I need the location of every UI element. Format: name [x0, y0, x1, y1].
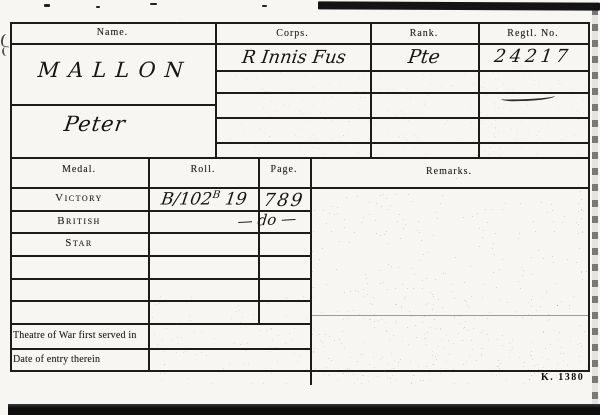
- scan-band-bottom: [8, 404, 600, 415]
- grid-line-row: [10, 232, 310, 234]
- handwritten-flourish-mark: [501, 93, 555, 102]
- roll-superscript: B: [212, 189, 221, 201]
- grid-line-row: [10, 323, 310, 325]
- regtl-no-column-header: Regtl. No.: [478, 28, 588, 39]
- medal-column-header: Medal.: [10, 164, 148, 175]
- theatre-of-war-label: Theatre of War first served in: [13, 330, 147, 341]
- rank-column-header: Rank.: [370, 28, 478, 39]
- roll-suffix: 19: [224, 190, 248, 210]
- grid-line-name-row: [10, 104, 215, 106]
- grid-line-card-bottom: [10, 370, 590, 372]
- scan-fleck: [44, 4, 50, 7]
- scan-edge-right: [592, 8, 598, 404]
- victory-roll-handwritten: B/102B 19: [149, 189, 260, 210]
- corps-column-header: Corps.: [215, 28, 370, 39]
- british-medal-label: British: [10, 215, 148, 227]
- grid-line-card-right: [588, 22, 590, 370]
- remarks-column-header: Remarks.: [310, 166, 588, 177]
- form-number-stamp: K. 1380: [541, 372, 584, 383]
- roll-prefix: B/102: [160, 190, 213, 210]
- scan-band-top-right: [318, 1, 600, 10]
- grid-line-medal-roll-divider: [148, 157, 150, 370]
- medal-index-card-scan: Name. Corps. Rank. Regtl. No. Medal. Rol…: [0, 0, 600, 415]
- name-column-header: Name.: [10, 27, 215, 38]
- grid-line-header-underline: [10, 43, 590, 45]
- grid-line-row: [215, 70, 590, 72]
- grid-line-roll-page-divider: [258, 157, 260, 323]
- grid-line-rank-regtl-divider: [478, 22, 480, 158]
- roll-column-header: Roll.: [148, 164, 258, 175]
- scan-fleck: [262, 5, 267, 7]
- grid-line-row: [10, 255, 310, 257]
- grid-line-row: [10, 348, 310, 350]
- grid-line-row: [215, 142, 590, 144]
- forename-handwritten: Peter: [28, 112, 161, 136]
- grid-line-name-corps-divider: [215, 22, 217, 158]
- victory-page-handwritten: 789: [257, 190, 312, 211]
- page-column-header: Page.: [258, 164, 310, 175]
- surname-handwritten: MALLON: [29, 58, 201, 82]
- grid-line-row: [10, 300, 310, 302]
- grid-line-card-top: [10, 22, 590, 24]
- grid-line-medal-header-underline: [10, 187, 590, 189]
- victory-medal-label: Victory: [10, 192, 148, 204]
- star-medal-label: Star: [10, 237, 148, 249]
- grid-line-row: [215, 117, 590, 119]
- grid-line-corps-rank-divider: [370, 22, 372, 158]
- regtl-no-handwritten: 24217: [481, 46, 586, 67]
- scan-fleck: [150, 3, 157, 5]
- grid-line-row: [10, 278, 310, 280]
- corps-handwritten: R Innis Fus: [219, 47, 370, 68]
- rank-handwritten: Pte: [376, 46, 471, 68]
- grid-line-remarks-faint: [312, 315, 588, 316]
- grid-line-medal-table-top: [10, 157, 590, 159]
- date-of-entry-label: Date of entry therein: [13, 354, 147, 365]
- scan-fleck: [96, 6, 100, 8]
